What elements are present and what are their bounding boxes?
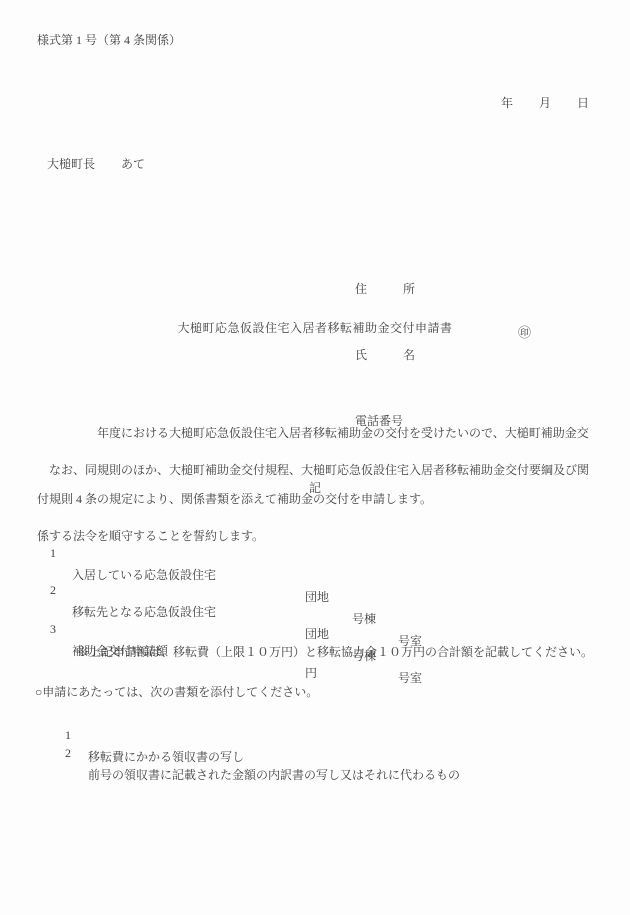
applicant-name-label: 氏 名: [355, 348, 415, 362]
item-number: 3: [50, 618, 56, 640]
date-day-label: 日: [577, 92, 589, 114]
addressee-name: 大槌町長: [47, 153, 95, 175]
document-title: 大槌町応急仮設住宅入居者移転補助金交付申請書: [0, 317, 630, 339]
applicant-address-row: 住 所: [337, 256, 597, 278]
document-page: 様式第 1 号（第 4 条関係） 年 月 日 大槌町長 あて 住 所 氏 名 ㊞…: [0, 0, 630, 915]
addressee-suffix: あて: [121, 153, 145, 175]
item-row-destination-housing: 2 移転先となる応急仮設住宅 団地 号棟 号室: [0, 557, 630, 579]
unit-room-label: 号室: [398, 667, 422, 689]
attachment-text: 前号の領収書に記載された金額の内訳書の写し又はそれに代わるもの: [88, 764, 460, 786]
addressee-line: 大槌町長 あて: [47, 153, 145, 175]
record-heading: 記: [0, 477, 630, 499]
item-row-current-housing: 1 入居している応急仮設住宅 団地 号棟 号室: [0, 520, 630, 542]
attachments-heading: ○申請にあたっては、次の書類を添付してください。: [35, 681, 318, 703]
amount-note: ※上記申請額は、移転費（上限１０万円）と移転協力金１０万円の合計額を記載してくだ…: [77, 641, 593, 663]
attachment-row: 2 前号の領収書に記載された金額の内訳書の写し又はそれに代わるもの: [0, 720, 630, 742]
date-year-label: 年: [501, 92, 513, 114]
form-number: 様式第 1 号（第 4 条関係）: [37, 29, 181, 51]
item-row-requested-amount: 3 補助金交付申請額 円: [0, 596, 630, 618]
date-month-label: 月: [539, 92, 551, 114]
attachment-number: 2: [65, 742, 71, 764]
date-line: 年 月 日: [501, 92, 589, 114]
applicant-address-label: 住 所: [355, 282, 415, 296]
